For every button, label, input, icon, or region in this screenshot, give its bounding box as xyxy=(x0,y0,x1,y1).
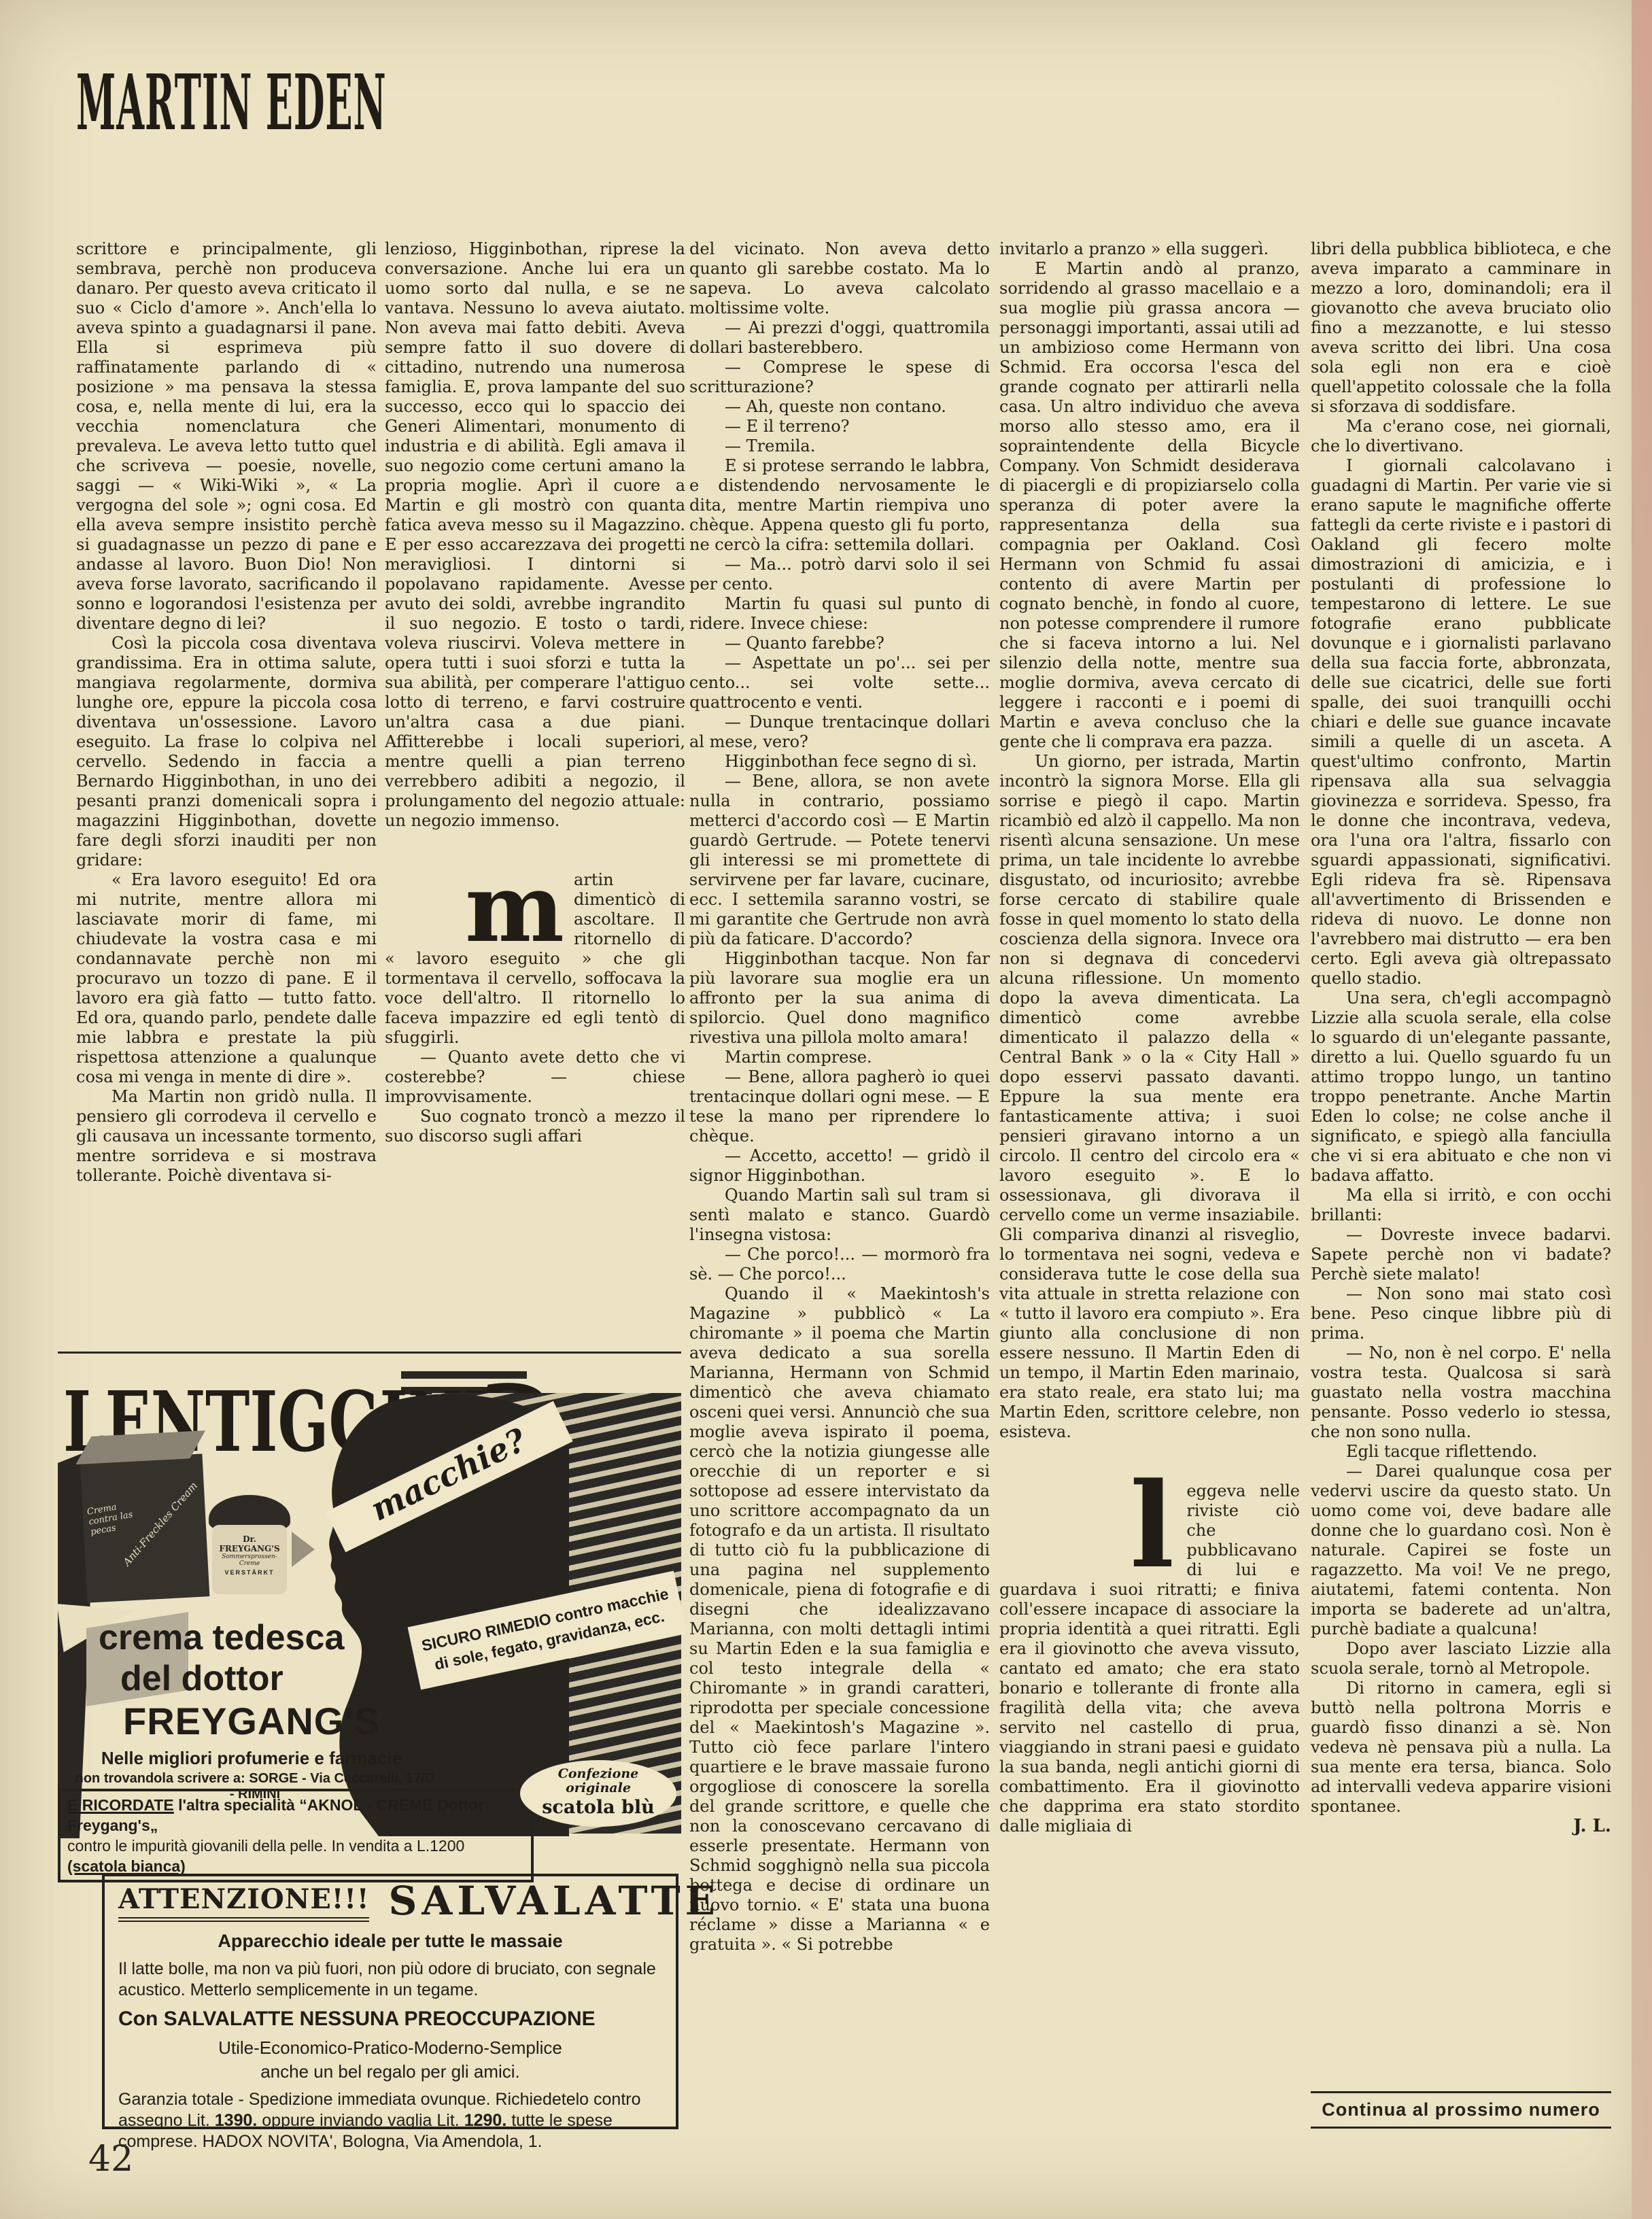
paragraph: Ma Martin non gridò nulla. Il pensiero g… xyxy=(76,1087,377,1186)
ricordate-label: E RICORDATE xyxy=(67,1796,174,1814)
text-column-2: lenzioso, Higginbothan, riprese la conve… xyxy=(385,239,685,1344)
paragraph: « Era lavoro eseguito! Ed ora mi nutrite… xyxy=(76,870,377,1087)
paragraph: Di ritorno in camera, egli si buttò nell… xyxy=(1311,1679,1611,1817)
box-label: Crema contra las pecas xyxy=(86,1496,152,1537)
salvalatte-gift-line: anche un bel regalo per gli amici. xyxy=(118,2061,662,2082)
jar-cap xyxy=(209,1495,290,1529)
paragraph: Ma c'erano cose, nei giornali, che lo di… xyxy=(1311,417,1611,456)
paragraph: invitarlo a pranzo » ella suggerì. xyxy=(999,239,1300,259)
paragraph: — Quanto farebbe? xyxy=(689,634,990,653)
salvalatte-features: Utile-Economico-Pratico-Moderno-Semplice xyxy=(118,2037,662,2059)
text-column-4: invitarlo a pranzo » ella suggerì. E Mar… xyxy=(999,239,1300,2129)
paragraph: E si protese serrando le labbra, e diste… xyxy=(689,456,990,555)
paragraph: Quando Martin salì sul tram si sentì mal… xyxy=(689,1186,990,1245)
paragraph: lenzioso, Higginbothan, riprese la conve… xyxy=(385,239,685,831)
paragraph: — Bene, allora pagherò io quei trentacin… xyxy=(689,1067,990,1146)
price-1390: 1390. xyxy=(215,2111,258,2130)
cream-box-product-image: Crema contra las pecas Anti-Freckles Cre… xyxy=(80,1453,210,1602)
magazine-page: MARTIN EDEN scrittore e principalmente, … xyxy=(0,0,1652,2219)
salvalatte-name: SALVALATTE xyxy=(388,1878,719,1924)
paragraph: — Aspettate un po'... sei per cento... s… xyxy=(689,653,990,712)
salvalatte-header: ATTENZIONE!!! SALVALATTE xyxy=(118,1883,662,1924)
paragraph: Una sera, ch'egli accompagnò Lizzie alla… xyxy=(1311,988,1611,1186)
dropcap-letter-l: l xyxy=(1130,1481,1174,1570)
price-1290: 1290. xyxy=(464,2111,507,2130)
ad-lentiggini: LENTIGGINI ? Crema contra las pecas Anti… xyxy=(58,1352,681,1842)
jar-type: Sommersprossen-Creme xyxy=(212,1553,287,1567)
paragraph: Martin comprese. xyxy=(689,1048,990,1067)
ricordate-text2: contro le impurità giovanili della pelle… xyxy=(67,1837,464,1855)
paragraph: libri della pubblica biblioteca, e che a… xyxy=(1311,239,1611,417)
paragraph: Martin fu quasi sul punto di ridere. Inv… xyxy=(689,594,990,634)
paragraph: — Quanto avete detto che vi costerebbe? … xyxy=(385,1048,685,1107)
box-lid xyxy=(75,1430,205,1464)
attenzione-label: ATTENZIONE!!! xyxy=(118,1883,369,1922)
paragraph: E Martin andò al pranzo, sorridendo al g… xyxy=(999,259,1300,752)
crema-tedesca-line: crema tedesca xyxy=(99,1617,344,1658)
paragraph: — Ai prezzi d'oggi, quattromila dollari … xyxy=(689,318,990,358)
confezione-oval: Confezione originale scatola blù xyxy=(520,1760,676,1827)
paragraph: Suo cognato troncò a mezzo il suo discor… xyxy=(385,1107,685,1146)
scan-edge-tint xyxy=(1632,0,1652,2219)
salvalatte-slogan: Con SALVALATTE NESSUNA PREOCCUPAZIONE xyxy=(118,2008,662,2031)
jar-brand: Dr. FREYGANG'S xyxy=(212,1534,287,1553)
dropcap-paragraph: leggeva nelle riviste ciò che pubblicava… xyxy=(999,1481,1300,1836)
availability-line: Nelle migliori profumerie e farmacie xyxy=(95,1748,408,1769)
page-title: MARTIN EDEN xyxy=(76,58,387,148)
paragraph: Dopo aver lasciato Lizzie alla scuola se… xyxy=(1311,1639,1611,1679)
page-number: 42 xyxy=(88,2139,133,2180)
paragraph: — Accetto, accetto! — gridò il signor Hi… xyxy=(689,1146,990,1186)
paragraph: — Ah, queste non contano. xyxy=(689,397,990,417)
paragraph: Un giorno, per istrada, Martin incontrò … xyxy=(999,752,1300,1442)
dropcap-letter-m: m xyxy=(465,873,564,944)
cream-jar-product-image: Dr. FREYGANG'S Sommersprossen-Creme VERS… xyxy=(209,1495,290,1597)
order-text: oppure inviando vaglia Lit. xyxy=(257,2111,464,2130)
paragraph: — Dovreste invece badarvi. Sapete perchè… xyxy=(1311,1225,1611,1284)
aknol-strip: E RICORDATE l'altra specialità “AKNOL - … xyxy=(58,1789,534,1882)
paragraph: I giornali calcolavano i guadagni di Mar… xyxy=(1311,456,1611,988)
text-column-1: scrittore e principalmente, gli sembrava… xyxy=(76,239,377,1344)
scatola-bianca-label: (scatola bianca) xyxy=(67,1857,186,1875)
paragraph: — Darei qualunque cosa per vedervi uscir… xyxy=(1311,1462,1611,1639)
scatola-blu-label: scatola blù xyxy=(520,1797,676,1818)
paragraph: Quando il « Maekintosh's Magazine » pubb… xyxy=(689,1284,990,1955)
paragraph: — Non sono mai stato così bene. Peso cin… xyxy=(1311,1284,1611,1343)
salvalatte-subtitle: Apparecchio ideale per tutte le massaie xyxy=(118,1931,662,1952)
salvalatte-description: Il latte bolle, ma non va più fuori, non… xyxy=(118,1959,662,2001)
paragraph: Higginbothan fece segno di sì. xyxy=(689,752,990,772)
paragraph: — Tremila. xyxy=(689,436,990,456)
paragraph: — Comprese le spese di scritturazione? xyxy=(689,358,990,397)
continua-strip: Continua al prossimo numero xyxy=(1311,2091,1611,2129)
freygangs-brand: FREYGANG'S xyxy=(123,1699,380,1743)
crema-tedesca-line: del dottor xyxy=(120,1658,283,1699)
jar-note: VERSTÄRKT xyxy=(212,1569,287,1576)
confezione-line: Confezione xyxy=(520,1767,676,1781)
paragraph: Ma ella si irritò, e con occhi brillanti… xyxy=(1311,1186,1611,1225)
jar-label: Dr. FREYGANG'S Sommersprossen-Creme VERS… xyxy=(212,1525,287,1594)
paragraph: — Dunque trentacinque dollari al mese, v… xyxy=(689,712,990,752)
paragraph: — E il terreno? xyxy=(689,417,990,436)
text-column-3: del vicinato. Non aveva detto quanto gli… xyxy=(689,239,990,2129)
paragraph: Egli tacque riflettendo. xyxy=(1311,1442,1611,1462)
paragraph: del vicinato. Non aveva detto quanto gli… xyxy=(689,239,990,318)
paragraph: scrittore e principalmente, gli sembrava… xyxy=(76,239,377,634)
paragraph: Così la piccola cosa diventava grandissi… xyxy=(76,634,377,870)
author-initials: J. L. xyxy=(1311,1817,1611,1836)
salvalatte-order-info: Garanzia totale - Spedizione immediata o… xyxy=(118,2089,662,2152)
paragraph: Higginbothan tacque. Non far più lavorar… xyxy=(689,949,990,1048)
paragraph: — No, non è nel corpo. E' nella vostra t… xyxy=(1311,1343,1611,1442)
dropcap-paragraph: martin dimenticò di ascoltare. Il ritorn… xyxy=(385,870,685,1048)
text-column-5: libri della pubblica biblioteca, e che a… xyxy=(1311,239,1611,1836)
paragraph: — Bene, allora, se non avete nulla in co… xyxy=(689,772,990,949)
confezione-line: originale xyxy=(520,1781,676,1795)
paragraph: — Che porco!... — mormorò fra sè. — Che … xyxy=(689,1245,990,1284)
ad-salvalatte: ATTENZIONE!!! SALVALATTE Apparecchio ide… xyxy=(102,1874,678,2129)
paragraph: — Ma... potrò darvi solo il sei per cent… xyxy=(689,555,990,594)
